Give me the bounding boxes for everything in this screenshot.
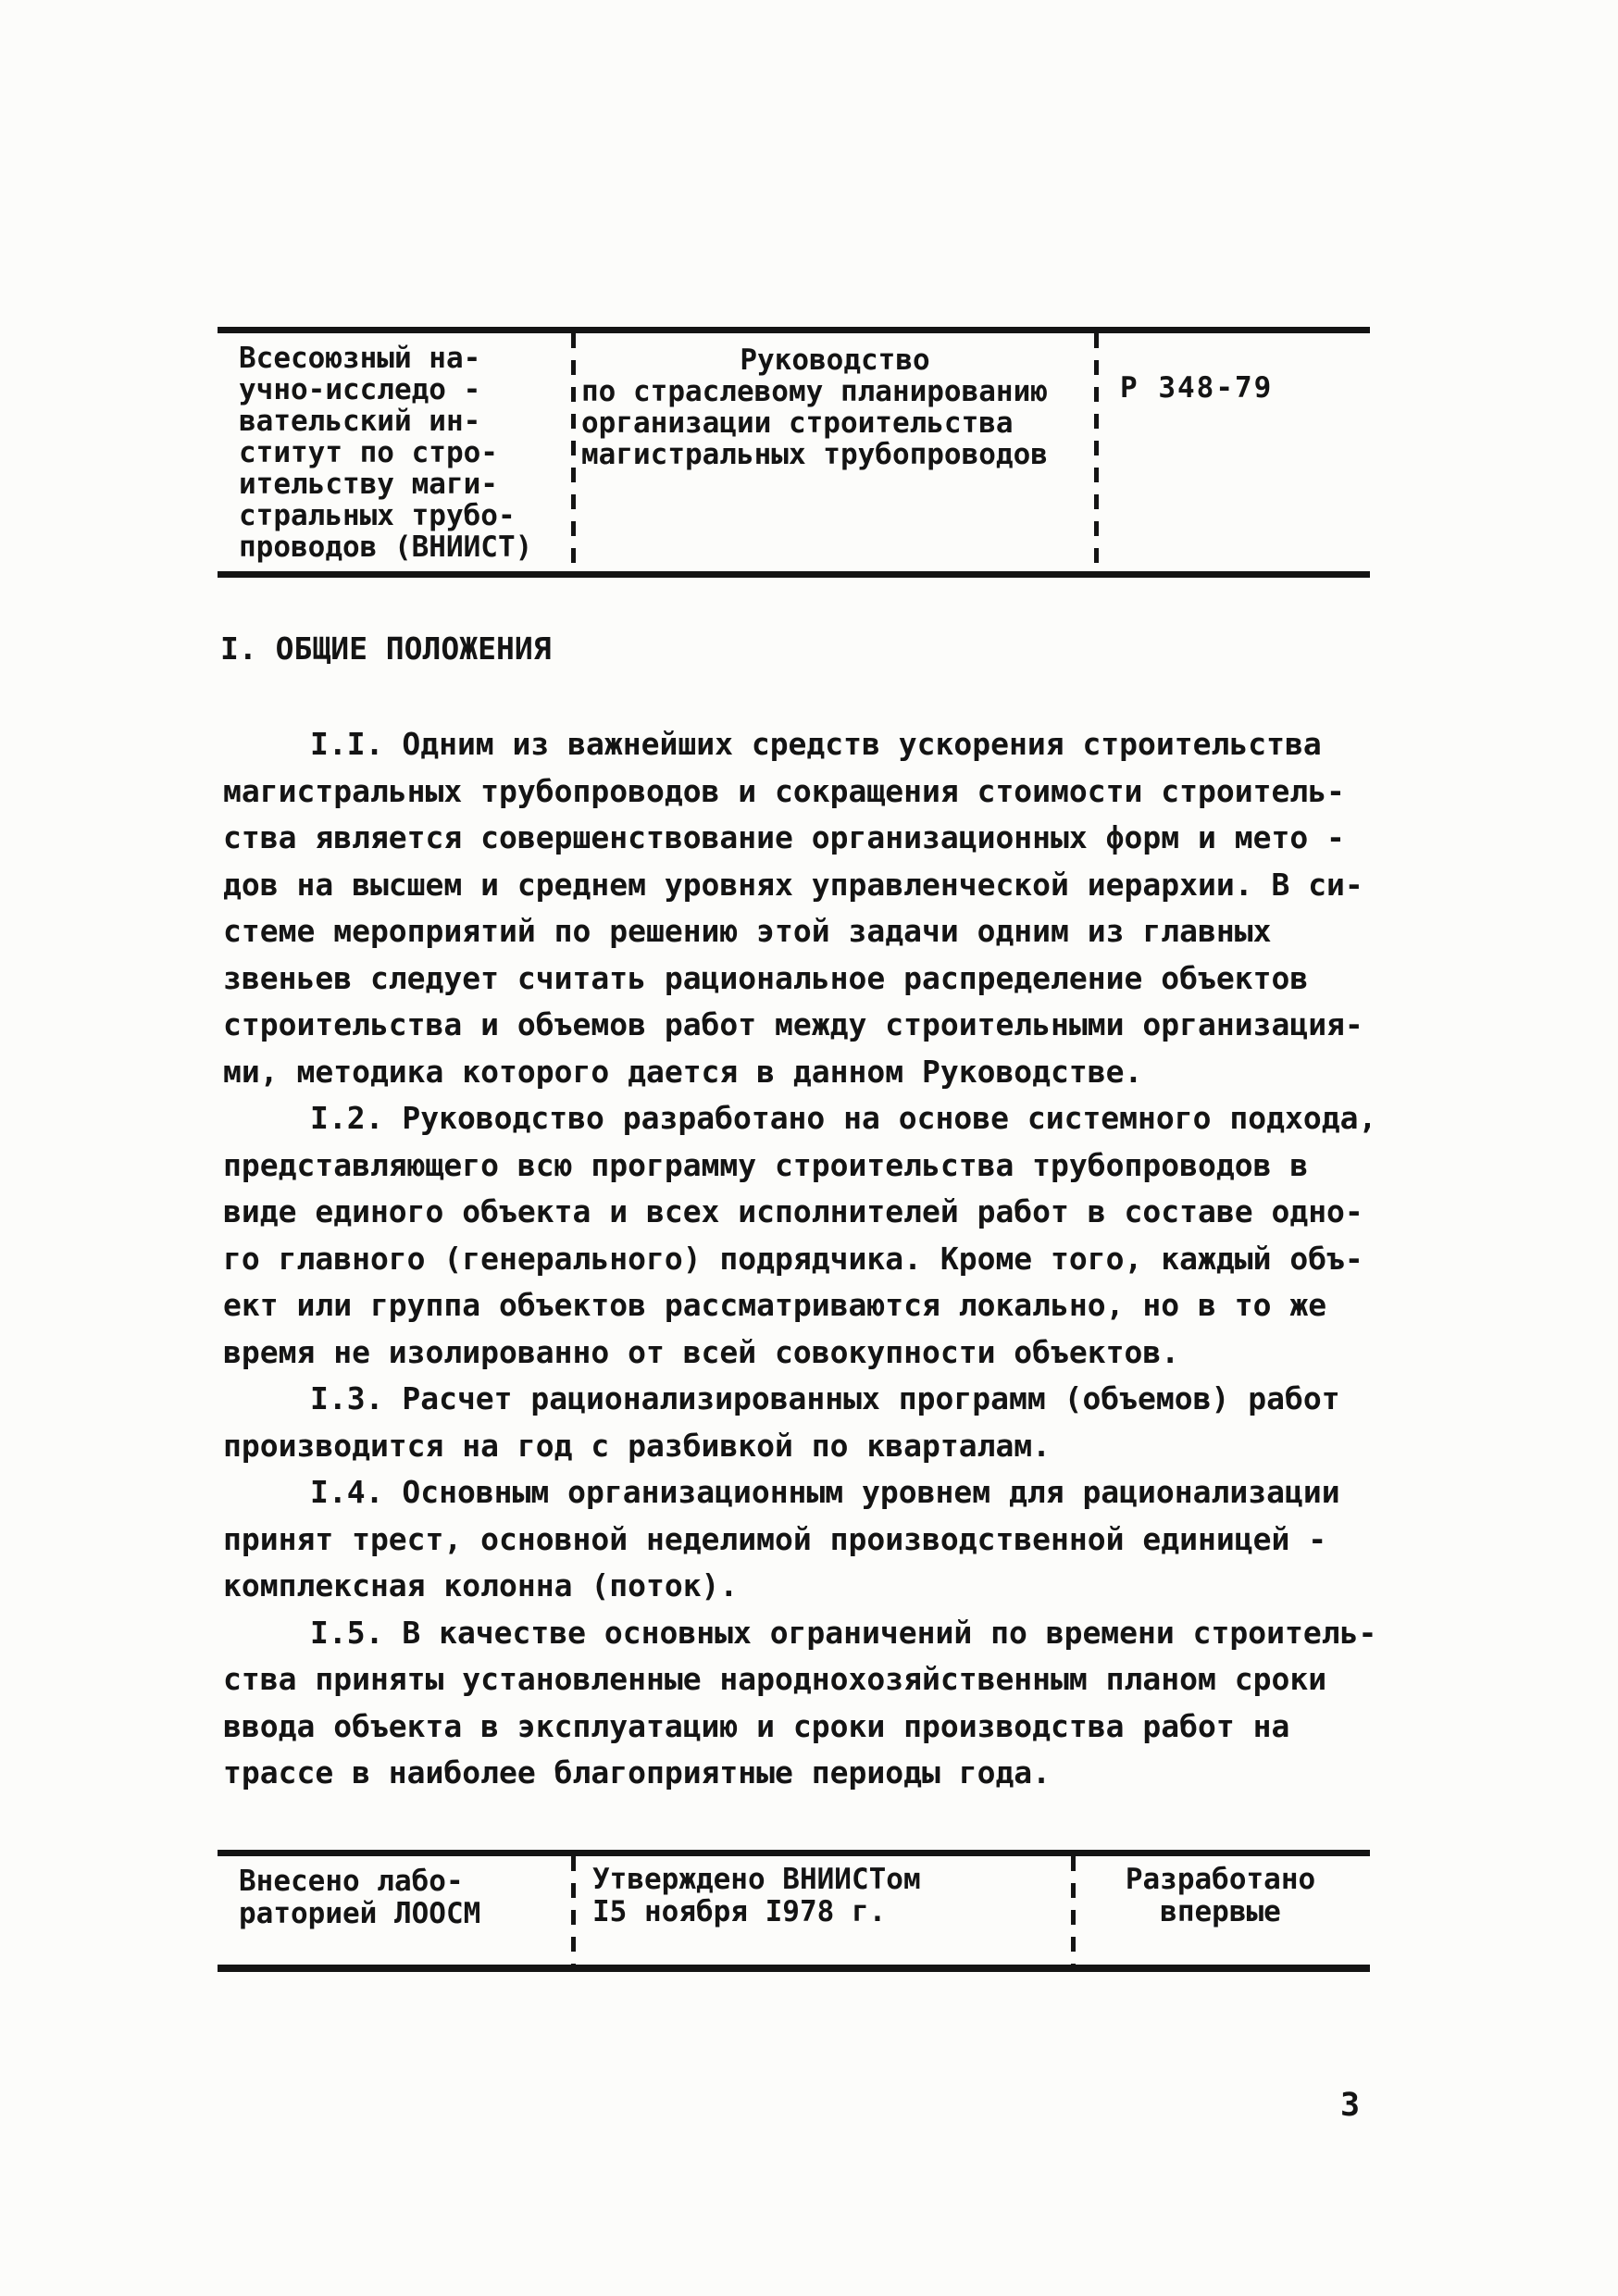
document-page: Всесоюзный на- учно-исследо - вательский… [0,0,1618,2296]
column-separator [571,1856,576,1965]
footer-table: Внесено лабо- раторией ЛООСМ Утверждено … [218,1850,1370,1972]
column-separator [1094,333,1099,571]
document-title-heading: Руководство [576,344,1094,376]
developed-cell: Разработано впервые [1071,1864,1370,1928]
page-number: 3 [1340,2087,1360,2124]
document-title-lines: по страслевому планированию организации … [576,376,1094,470]
paragraph-1-1: I.I. Одним из важнейших средств ускорени… [223,721,1454,1095]
paragraph-1-2: I.2. Руководство разработано на основе с… [223,1095,1454,1376]
submitted-by-cell: Внесено лабо- раторией ЛООСМ [239,1865,480,1930]
approved-by-cell: Утверждено ВНИИСТом I5 ноября I978 г. [592,1864,921,1928]
document-title-cell: Руководство по страслевому планированию … [576,344,1094,470]
section-heading: I. ОБЩИЕ ПОЛОЖЕНИЯ [220,626,552,672]
organization-name: Всесоюзный на- учно-исследо - вательский… [239,343,532,563]
document-code: Р 348-79 [1120,372,1273,405]
paragraph-1-4: I.4. Основным организационным уровнем дл… [223,1469,1454,1610]
body-text: I.I. Одним из важнейших средств ускорени… [223,721,1454,1797]
paragraph-1-3: I.3. Расчет рационализированных программ… [223,1376,1454,1469]
document-header-table: Всесоюзный на- учно-исследо - вательский… [218,327,1370,578]
paragraph-1-5: I.5. В качестве основных ограничений по … [223,1610,1454,1797]
